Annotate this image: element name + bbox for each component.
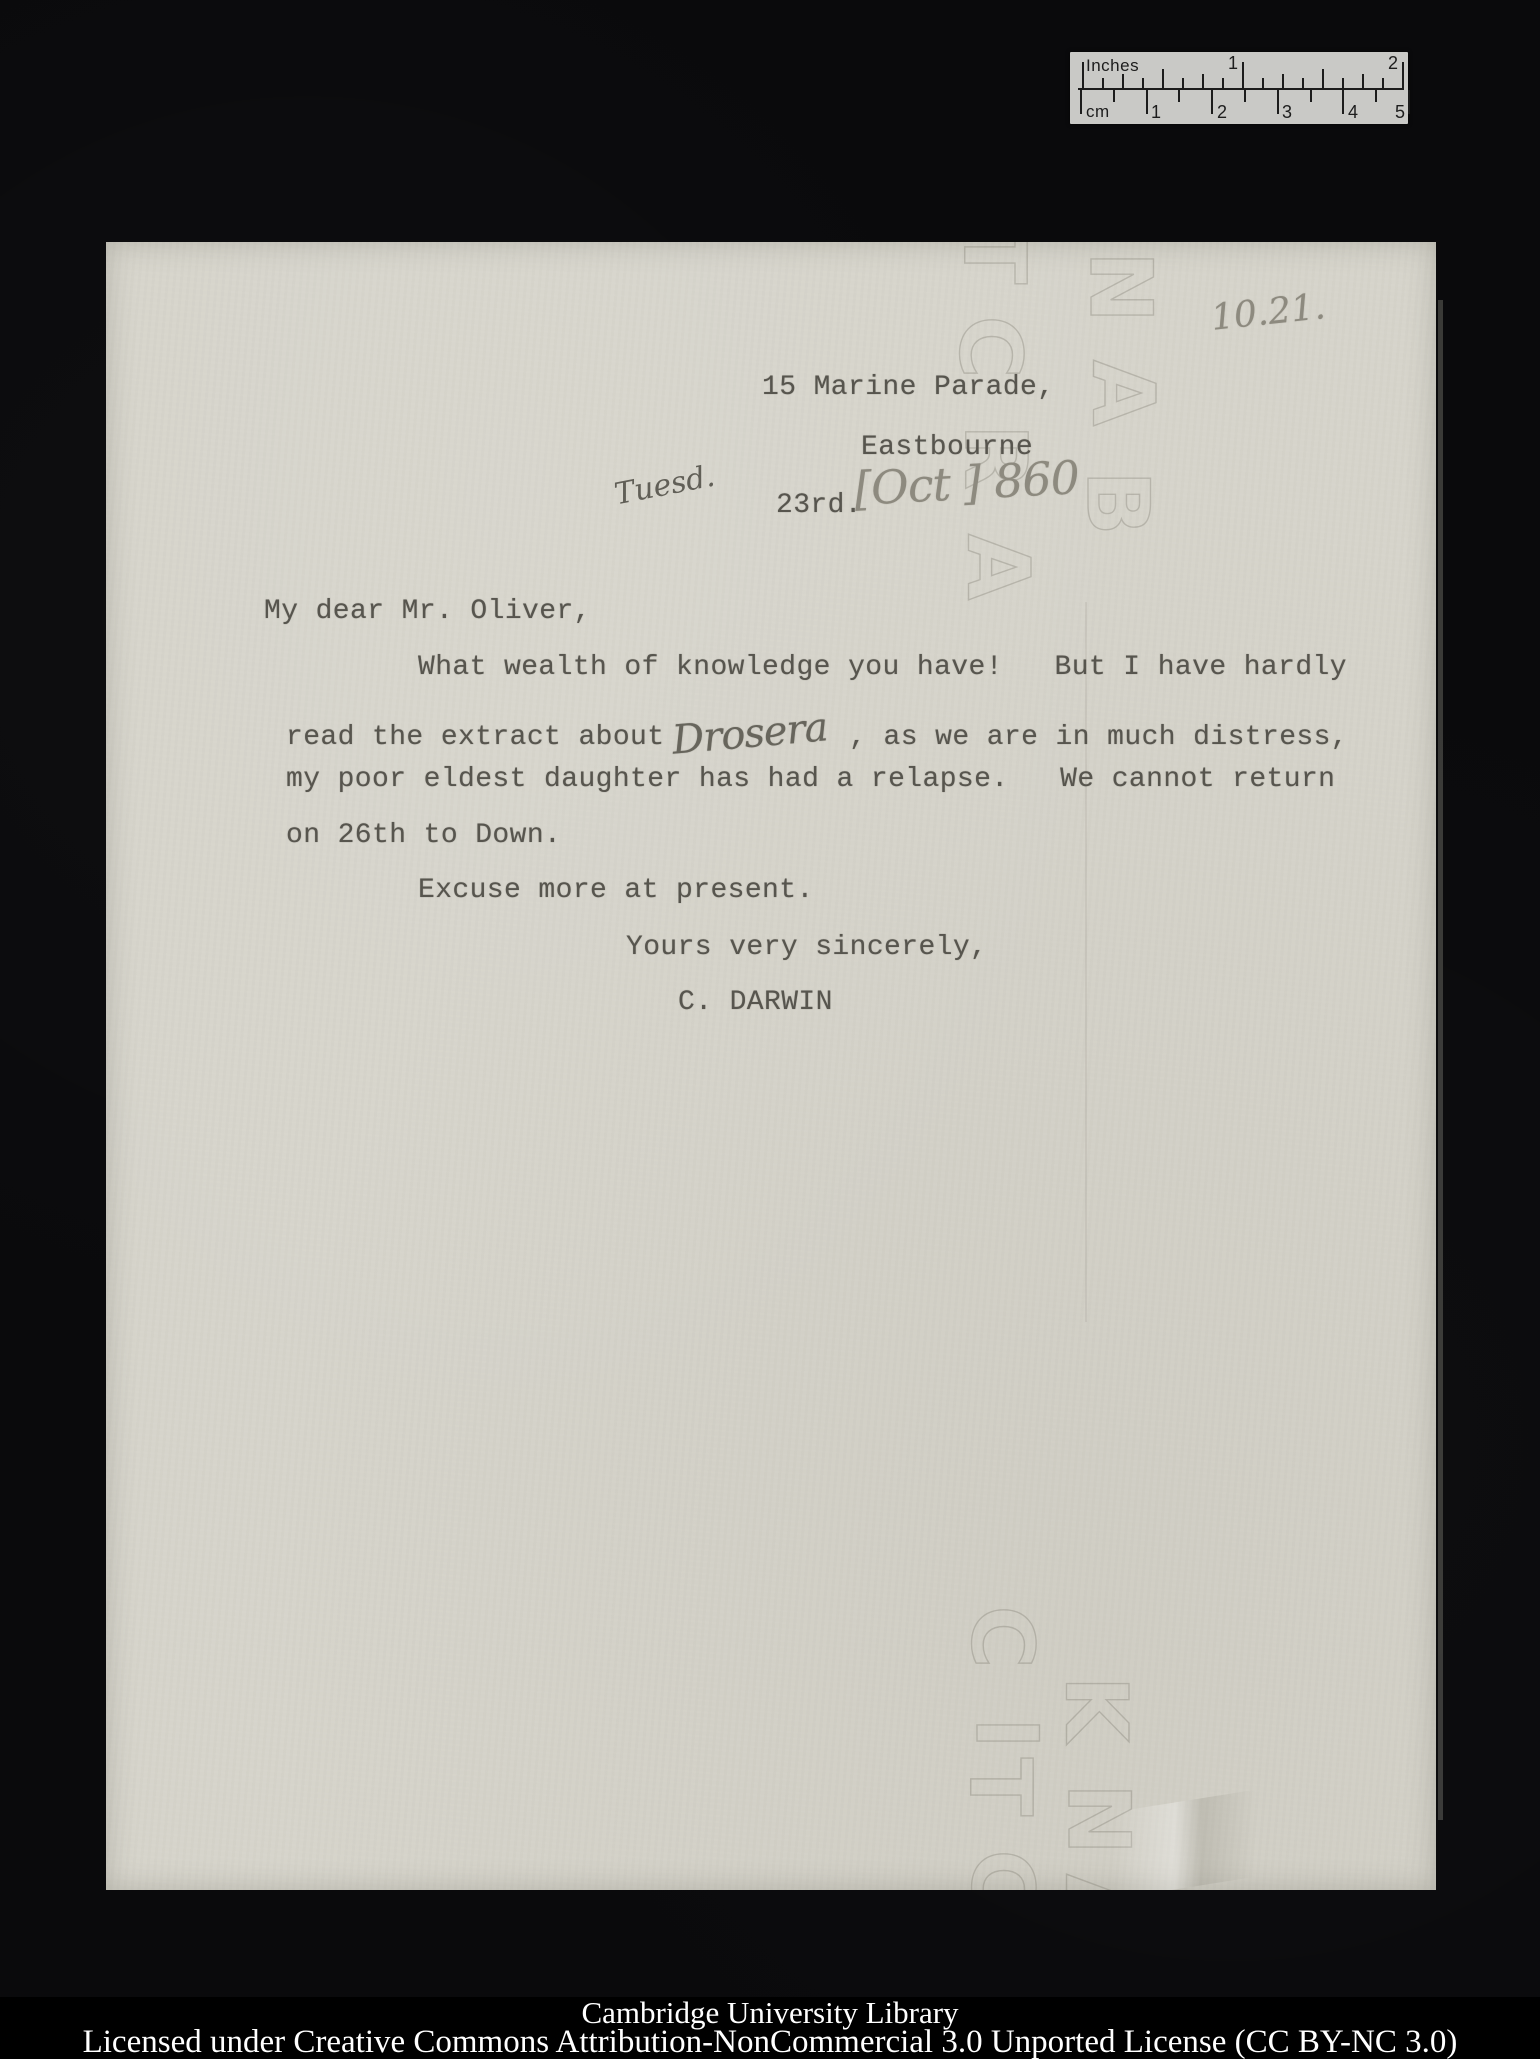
- watermark-letter: K: [1052, 1676, 1138, 1743]
- footer-attribution-band: Cambridge University Library Licensed un…: [0, 1997, 1540, 2059]
- address-line-1: 15 Marine Parade,: [762, 372, 1054, 403]
- letter-body-line-5: Excuse more at present.: [418, 875, 814, 906]
- watermark-letter: A: [954, 534, 1040, 601]
- letter-body-line-1: What wealth of knowledge you have! But I…: [418, 652, 1347, 683]
- ruler-cm-number-4: 4: [1348, 102, 1358, 123]
- ruler-cm-number-1: 1: [1151, 102, 1161, 123]
- watermark-letter: C: [947, 315, 1033, 378]
- ruler-cm-number-2: 2: [1217, 102, 1227, 123]
- ruler-inches-label: Inches: [1086, 56, 1139, 76]
- watermark-letter: I: [963, 1717, 1049, 1749]
- valediction: Yours very sincerely,: [626, 932, 987, 963]
- watermark-letter: T: [950, 242, 1036, 284]
- letter-body-line-4: on 26th to Down.: [286, 820, 561, 851]
- ruler-inch-number-1: 1: [1218, 53, 1238, 74]
- footer-license-text: Licensed under Creative Commons Attribut…: [0, 2024, 1540, 2059]
- measuring-ruler: Inches cm 1 2 1 2 3 4 5: [1070, 52, 1408, 124]
- ruler-inch-number-2: 2: [1378, 53, 1398, 74]
- second-page-edge: [1438, 300, 1443, 1820]
- catalog-mark-annotation: 10.21.: [1209, 286, 1327, 339]
- ruler-cm-number-5: 5: [1395, 102, 1405, 123]
- watermark-letter: C: [959, 1605, 1045, 1668]
- watermark-letter: A: [1079, 360, 1165, 427]
- letter-body-line-3: my poor eldest daughter has had a relaps…: [286, 764, 1335, 795]
- date-typed: 23rd.: [776, 490, 862, 521]
- scan-background: Inches cm 1 2 1 2 3 4 5 T C R A N A B C …: [0, 0, 1540, 2059]
- ruler-cm-label: cm: [1086, 102, 1110, 122]
- date-annotation: [Oct ] 860: [853, 450, 1080, 516]
- species-name-insertion: Drosera: [671, 704, 830, 763]
- watermark-letter: B: [1074, 470, 1160, 536]
- ruler-cm-number-3: 3: [1282, 102, 1292, 123]
- letter-page: T C R A N A B C I T C K N A 10.21. 15 Ma…: [106, 242, 1436, 1890]
- watermark-letter: T: [956, 1758, 1042, 1817]
- signature: C. DARWIN: [678, 987, 833, 1018]
- salutation: My dear Mr. Oliver,: [264, 596, 591, 627]
- letter-body-line-2-pre: read the extract about: [286, 722, 664, 753]
- letter-body-line-2: read the extract aboutDrosera , as we ar…: [286, 708, 1348, 754]
- watermark-letter: N: [1077, 251, 1163, 323]
- day-annotation: Tuesd.: [612, 459, 718, 513]
- letter-body-line-2-post: , as we are in much distress,: [832, 722, 1348, 753]
